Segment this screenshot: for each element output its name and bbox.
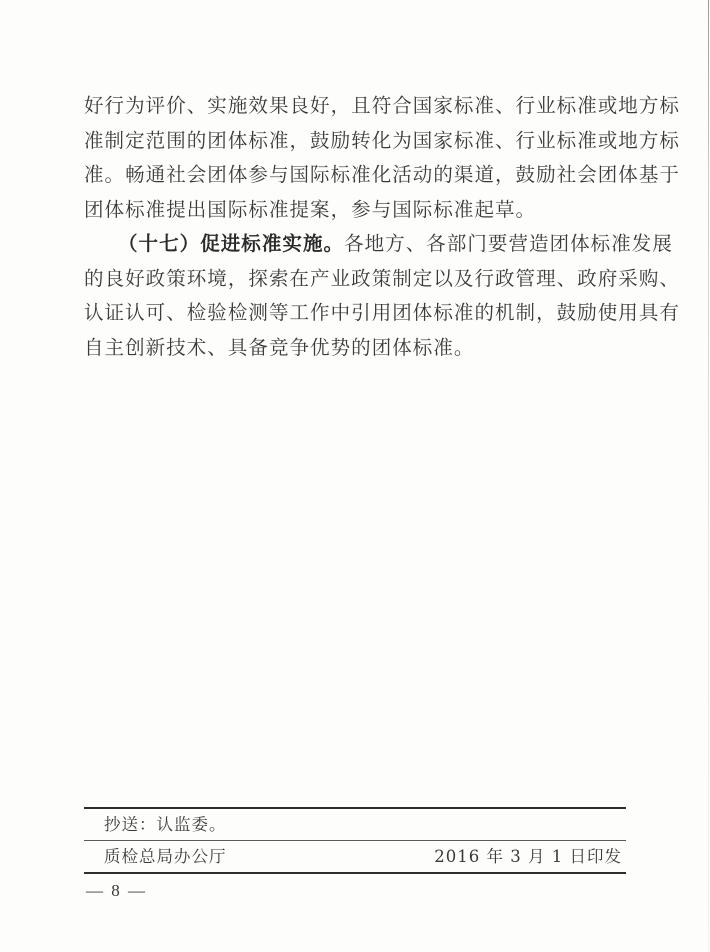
body-line: 团体标准提出国际标准提案，参与国际标准起草。: [84, 195, 624, 230]
section-17-heading: （十七）促进标准实施。: [118, 232, 344, 255]
footer-middle-rule: [84, 840, 626, 841]
section-17-first-line-text: 各地方、各部门要营造团体标准发展: [344, 232, 673, 255]
body-line: 认证认可、检验检测等工作中引用团体标准的机制，鼓励使用具有: [84, 298, 624, 333]
body-line: 的良好政策环境，探索在产业政策制定以及行政管理、政府采购、: [84, 264, 624, 299]
footer-bottom-rule: [84, 872, 626, 874]
footer-issuer-row: 质检总局办公厅 2016 年 3 月 1 日印发: [104, 846, 622, 868]
body-line: 准。畅通社会团体参与国际标准化活动的渠道，鼓励社会团体基于: [84, 160, 624, 195]
section-17-first-line: （十七）促进标准实施。各地方、各部门要营造团体标准发展: [84, 229, 624, 264]
issue-date-text: 2016 年 3 月 1 日印发: [434, 846, 622, 868]
page-number: — 8 —: [86, 881, 147, 901]
footer-cc-row: 抄送：认监委。: [104, 814, 622, 836]
body-line: 好行为评价、实施效果良好，且符合国家标准、行业标准或地方标: [84, 91, 624, 126]
body-line: 准制定范围的团体标准，鼓励转化为国家标准、行业标准或地方标: [84, 126, 624, 161]
footer-top-rule: [84, 807, 626, 809]
document-body: 好行为评价、实施效果良好，且符合国家标准、行业标准或地方标 准制定范围的团体标准…: [84, 91, 624, 367]
cc-text: 抄送：认监委。: [104, 814, 227, 836]
issuer-text: 质检总局办公厅: [104, 846, 227, 868]
body-line: 自主创新技术、具备竞争优势的团体标准。: [84, 333, 624, 368]
scan-edge-line: [708, 0, 709, 952]
